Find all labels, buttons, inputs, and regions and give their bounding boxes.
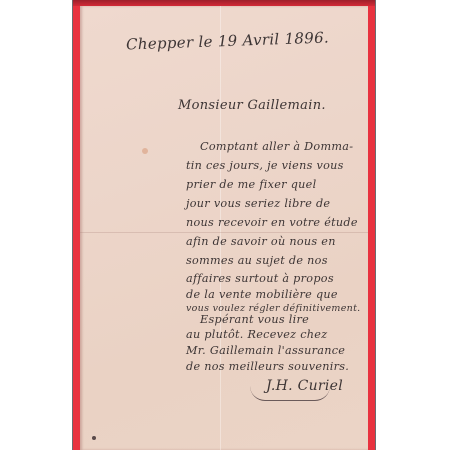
body-line: jour vous seriez libre de [186,197,330,210]
body-line: affaires surtout à propos [186,272,334,285]
ink-mark [92,436,96,440]
letter-paper: Chepper le 19 Avril 1896. Monsieur Gaill… [80,6,368,450]
body-line: au plutôt. Recevez chez [186,328,327,341]
body-line: de nos meilleurs souvenirs. [186,360,349,373]
body-line: afin de savoir où nous en [186,235,336,248]
body-line: de la vente mobilière que [186,288,338,301]
body-line: Comptant aller à Domma- [200,140,353,153]
body-line: Espérant vous lire [200,313,309,326]
salutation: Monsieur Gaillemain. [178,98,326,113]
body-line: Mr. Gaillemain l'assurance [186,344,345,357]
date-line: Chepper le 19 Avril 1896. [126,28,330,53]
paper-stain [142,148,148,154]
body-line: prier de me fixer quel [186,178,316,191]
signature-flourish [250,386,330,401]
horizontal-fold-line [80,232,368,233]
body-line: sommes au sujet de nos [186,254,328,267]
body-line: nous recevoir en votre étude [186,216,358,229]
body-line: tin ces jours, je viens vous [186,159,344,172]
